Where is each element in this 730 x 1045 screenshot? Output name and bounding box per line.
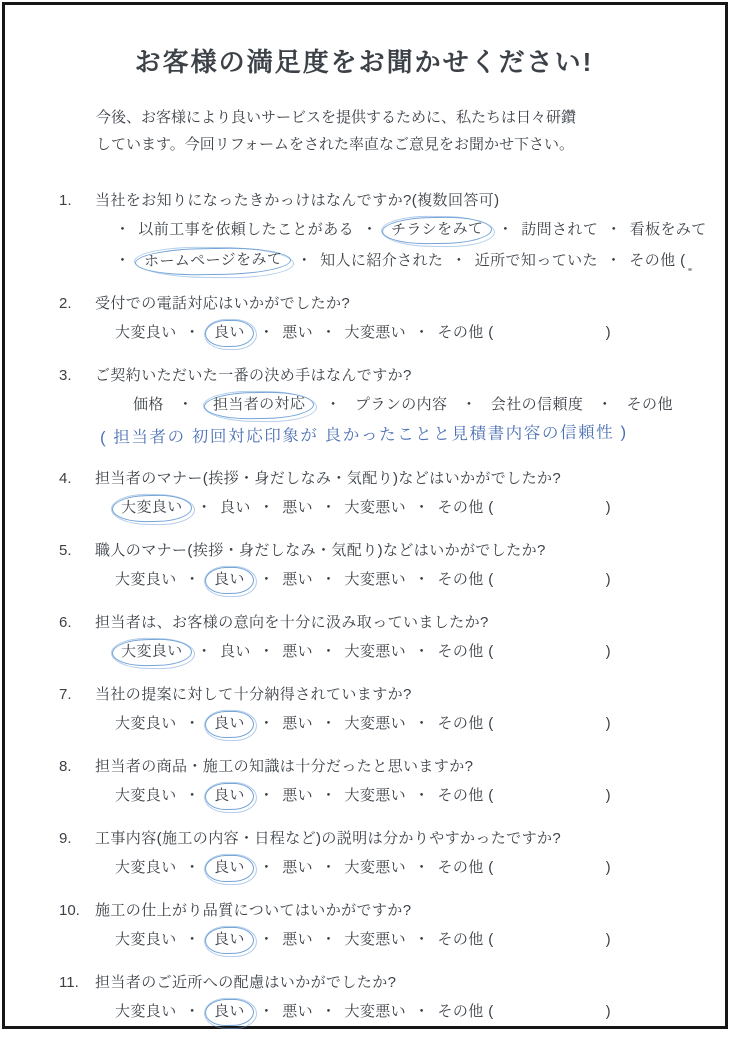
- options-line: 大変良い・良い・悪い・大変悪い・その他 (): [115, 857, 688, 880]
- option-label: 大変良い: [115, 787, 177, 804]
- question-number: 5.: [40, 541, 95, 561]
- option-label: 悪い: [282, 324, 313, 341]
- option-label: その他: [627, 396, 673, 413]
- option-circled-answer: チラシをみて: [382, 216, 493, 245]
- option-bullet: ・: [414, 713, 429, 735]
- option-label: 悪い: [282, 931, 313, 948]
- options-line: 大変良い・良い・悪い・大変悪い・その他 (): [115, 641, 688, 664]
- option-bullet: ・: [259, 641, 274, 663]
- option-label: 悪い: [282, 571, 313, 588]
- option-bullet: ・: [197, 497, 212, 519]
- option-bullet: ・: [606, 250, 621, 272]
- option-label: 大変良い: [115, 1003, 177, 1020]
- option-label: 良い: [220, 499, 251, 516]
- option-bullet: ・: [185, 569, 200, 591]
- option-label: 大変悪い: [344, 499, 406, 516]
- question-line: 1.当社をお知りになったきかっけはなんですか?(複数回答可): [40, 191, 688, 211]
- question-number: 11.: [40, 973, 95, 993]
- option-label: 大変悪い: [344, 1003, 406, 1020]
- option-label: 良い: [220, 643, 251, 660]
- question-number: 6.: [40, 613, 95, 633]
- question-number: 9.: [40, 829, 95, 849]
- option-circled-answer: 良い: [205, 999, 254, 1027]
- option-label: 大変悪い: [344, 324, 406, 341]
- options-line: 大変良い・良い・悪い・大変悪い・その他 (): [115, 569, 688, 592]
- option-bullet: ・: [414, 1001, 429, 1023]
- option-bullet: ・: [185, 322, 200, 344]
- option-bullet: ・: [185, 929, 200, 951]
- option-other: その他 (): [437, 1003, 611, 1020]
- option-label: 大変良い: [115, 324, 177, 341]
- option-bullet: ・: [414, 641, 429, 663]
- question: 11.担当者のご近所への配慮はいかがでしたか?大変良い・良い・悪い・大変悪い・そ…: [40, 973, 688, 1024]
- option-bullet: ・: [414, 929, 429, 951]
- option-bullet: ・: [326, 394, 341, 416]
- question-number: 8.: [40, 757, 95, 777]
- options-line: ・ホームページをみて・知人に紹介された・近所で知っていた・その他 (): [115, 250, 688, 273]
- question-line: 6.担当者は、お客様の意向を十分に汲み取っていましたか?: [40, 613, 688, 633]
- option-bullet: ・: [606, 219, 621, 241]
- option-circled-answer: 良い: [205, 320, 254, 348]
- question-text: 担当者のマナー(挨拶・身だしなみ・気配り)などはいかがでしたか?: [95, 469, 561, 489]
- option-circled-answer: 担当者の対応: [204, 391, 315, 420]
- option-bullet: ・: [259, 497, 274, 519]
- option-label: 大変良い: [115, 571, 177, 588]
- option-bullet: ・: [414, 322, 429, 344]
- options-line: 大変良い・良い・悪い・大変悪い・その他 (): [115, 785, 688, 808]
- question: 8.担当者の商品・施工の知識は十分だったと思いますか?大変良い・良い・悪い・大変…: [40, 757, 688, 808]
- question: 5.職人のマナー(挨拶・身だしなみ・気配り)などはいかがでしたか?大変良い・良い…: [40, 541, 688, 592]
- option-label: 大変良い: [115, 715, 177, 732]
- option-label: 訪問されて: [521, 221, 598, 238]
- option-bullet: ・: [259, 857, 274, 879]
- option-bullet: ・: [498, 219, 513, 241]
- option-label: 大変悪い: [344, 715, 406, 732]
- option-other: その他 (): [437, 787, 611, 804]
- question: 10.施工の仕上がり品質についてはいかがですか?大変良い・良い・悪い・大変悪い・…: [40, 901, 688, 952]
- question-number: 10.: [40, 901, 95, 921]
- question: 1.当社をお知りになったきかっけはなんですか?(複数回答可)・以前工事を依頼した…: [40, 191, 688, 273]
- question-text: 担当者の商品・施工の知識は十分だったと思いますか?: [95, 757, 473, 777]
- options-line: 大変良い・良い・悪い・大変悪い・その他 (): [115, 322, 688, 345]
- survey-document: お客様の満足度をお聞かせください! 今後、お客様により良いサービスを提供するため…: [0, 0, 730, 1045]
- option-bullet: ・: [414, 569, 429, 591]
- option-label: 悪い: [282, 643, 313, 660]
- questions-list: 1.当社をお知りになったきかっけはなんですか?(複数回答可)・以前工事を依頼した…: [40, 191, 688, 1024]
- options-line: 大変良い・良い・悪い・大変悪い・その他 (): [115, 713, 688, 736]
- question-line: 3.ご契約いただいた一番の決め手はなんですか?: [40, 366, 688, 386]
- options-line: 大変良い・良い・悪い・大変悪い・その他 (): [115, 1001, 688, 1024]
- option-bullet: ・: [321, 322, 336, 344]
- option-label: 会社の信頼度: [491, 396, 583, 413]
- question-line: 7.当社の提案に対して十分納得されていますか?: [40, 685, 688, 705]
- option-circled-answer: 大変良い: [112, 495, 192, 523]
- option-label: 悪い: [282, 787, 313, 804]
- question-text: ご契約いただいた一番の決め手はなんですか?: [95, 366, 412, 386]
- option-other: その他 (): [437, 571, 611, 588]
- option-label: 悪い: [282, 859, 313, 876]
- question-line: 9.工事内容(施工の内容・日程など)の説明は分かりやすかったですか?: [40, 829, 688, 849]
- option-bullet: ・: [321, 641, 336, 663]
- option-bullet: ・: [362, 219, 377, 241]
- option-circled-answer: 良い: [205, 567, 254, 595]
- question-number: 7.: [40, 685, 95, 705]
- option-circled-answer: 良い: [205, 855, 254, 883]
- question: 2.受付での電話対応はいかがでしたか?大変良い・良い・悪い・大変悪い・その他 (…: [40, 294, 688, 345]
- option-bullet: ・: [178, 394, 193, 416]
- question-number: 1.: [40, 191, 95, 211]
- question-line: 4.担当者のマナー(挨拶・身だしなみ・気配り)などはいかがでしたか?: [40, 469, 688, 489]
- question-line: 5.職人のマナー(挨拶・身だしなみ・気配り)などはいかがでしたか?: [40, 541, 688, 561]
- option-label: 大変悪い: [344, 787, 406, 804]
- options-line: 大変良い・良い・悪い・大変悪い・その他 (): [115, 929, 688, 952]
- question-line: 2.受付での電話対応はいかがでしたか?: [40, 294, 688, 314]
- option-bullet: ・: [259, 785, 274, 807]
- option-circled-answer: 良い: [205, 927, 254, 955]
- option-bullet: ・: [414, 857, 429, 879]
- option-label: 大変悪い: [344, 859, 406, 876]
- question: 9.工事内容(施工の内容・日程など)の説明は分かりやすかったですか?大変良い・良…: [40, 829, 688, 880]
- question-text: 工事内容(施工の内容・日程など)の説明は分かりやすかったですか?: [95, 829, 561, 849]
- option-label: 近所で知っていた: [475, 252, 598, 269]
- option-circled-answer: 良い: [205, 711, 254, 739]
- options-line: 大変良い・良い・悪い・大変悪い・その他 (): [115, 497, 688, 520]
- option-bullet: ・: [185, 785, 200, 807]
- option-bullet: ・: [115, 250, 130, 272]
- option-circled-answer: 大変良い: [112, 639, 192, 667]
- question-line: 8.担当者の商品・施工の知識は十分だったと思いますか?: [40, 757, 688, 777]
- question-number: 3.: [40, 366, 95, 386]
- question-text: 当社の提案に対して十分納得されていますか?: [95, 685, 412, 705]
- option-other: その他 (): [629, 252, 730, 269]
- question-text: 担当者のご近所への配慮はいかがでしたか?: [95, 973, 396, 993]
- question-text: 職人のマナー(挨拶・身だしなみ・気配り)などはいかがでしたか?: [95, 541, 546, 561]
- option-bullet: ・: [197, 641, 212, 663]
- option-bullet: ・: [597, 394, 612, 416]
- option-bullet: ・: [297, 250, 312, 272]
- option-bullet: ・: [321, 785, 336, 807]
- option-label: 悪い: [282, 1003, 313, 1020]
- intro-paragraph: 今後、お客様により良いサービスを提供するために、私たちは日々研鑽 しています。今…: [96, 105, 586, 158]
- option-bullet: ・: [321, 857, 336, 879]
- option-bullet: ・: [259, 713, 274, 735]
- option-bullet: ・: [321, 929, 336, 951]
- question-text: 受付での電話対応はいかがでしたか?: [95, 294, 350, 314]
- question-line: 11.担当者のご近所への配慮はいかがでしたか?: [40, 973, 688, 993]
- option-label: 大変悪い: [344, 931, 406, 948]
- question-line: 10.施工の仕上がり品質についてはいかがですか?: [40, 901, 688, 921]
- option-other: その他 (): [437, 859, 611, 876]
- option-other: その他 (): [437, 931, 611, 948]
- intro-line-2: しています。今回リフォームをされた率直なご意見をお聞かせ下さい。: [96, 132, 586, 159]
- question: 6.担当者は、お客様の意向を十分に汲み取っていましたか?大変良い・良い・悪い・大…: [40, 613, 688, 664]
- option-bullet: ・: [259, 1001, 274, 1023]
- option-bullet: ・: [259, 929, 274, 951]
- option-label: 大変良い: [115, 859, 177, 876]
- option-bullet: ・: [321, 713, 336, 735]
- option-label: 大変悪い: [344, 643, 406, 660]
- option-label: プランの内容: [355, 396, 447, 413]
- question: 4.担当者のマナー(挨拶・身だしなみ・気配り)などはいかがでしたか?大変良い・良…: [40, 469, 688, 520]
- option-bullet: ・: [185, 1001, 200, 1023]
- option-bullet: ・: [185, 857, 200, 879]
- option-label: 価格: [133, 396, 164, 413]
- question-text: 施工の仕上がり品質についてはいかがですか?: [95, 901, 411, 921]
- question: 3.ご契約いただいた一番の決め手はなんですか?価格・担当者の対応・プランの内容・…: [40, 366, 688, 448]
- option-other: その他 (): [437, 324, 611, 341]
- option-bullet: ・: [321, 497, 336, 519]
- option-label: 以前工事を依頼したことがある: [138, 221, 354, 238]
- option-bullet: ・: [115, 219, 130, 241]
- option-bullet: ・: [259, 569, 274, 591]
- option-label: 大変良い: [115, 931, 177, 948]
- option-bullet: ・: [321, 1001, 336, 1023]
- question-text: 担当者は、お客様の意向を十分に汲み取っていましたか?: [95, 613, 489, 633]
- option-other: その他 (): [437, 643, 611, 660]
- option-label: 知人に紹介された: [320, 252, 443, 269]
- option-bullet: ・: [321, 569, 336, 591]
- option-label: 悪い: [282, 715, 313, 732]
- intro-line-1: 今後、お客様により良いサービスを提供するために、私たちは日々研鑽: [96, 105, 586, 132]
- option-bullet: ・: [414, 497, 429, 519]
- option-bullet: ・: [185, 713, 200, 735]
- options-line: ・以前工事を依頼したことがある・チラシをみて・訪問されて・看板をみて: [115, 219, 688, 242]
- option-bullet: ・: [414, 785, 429, 807]
- page-title: お客様の満足度をお聞かせください!: [40, 42, 688, 79]
- options-line: 価格・担当者の対応・プランの内容・会社の信頼度・その他: [133, 394, 688, 417]
- option-other: その他 (): [437, 715, 611, 732]
- question-text: 当社をお知りになったきかっけはなんですか?(複数回答可): [95, 191, 500, 211]
- question: 7.当社の提案に対して十分納得されていますか?大変良い・良い・悪い・大変悪い・そ…: [40, 685, 688, 736]
- option-label: 看板をみて: [630, 221, 707, 238]
- option-label: 大変悪い: [344, 571, 406, 588]
- option-circled-answer: ホームページをみて: [135, 247, 292, 277]
- question-number: 4.: [40, 469, 95, 489]
- scan-artifact-dot: [688, 268, 692, 271]
- option-other: その他 (): [437, 499, 611, 516]
- option-bullet: ・: [461, 394, 476, 416]
- option-bullet: ・: [259, 322, 274, 344]
- handwritten-note: ( 担当者の 初回対応印象が 良かったことと見積書内容の信頼性 ): [100, 418, 688, 448]
- question-number: 2.: [40, 294, 95, 314]
- option-bullet: ・: [451, 250, 466, 272]
- option-label: 悪い: [282, 499, 313, 516]
- option-circled-answer: 良い: [205, 783, 254, 811]
